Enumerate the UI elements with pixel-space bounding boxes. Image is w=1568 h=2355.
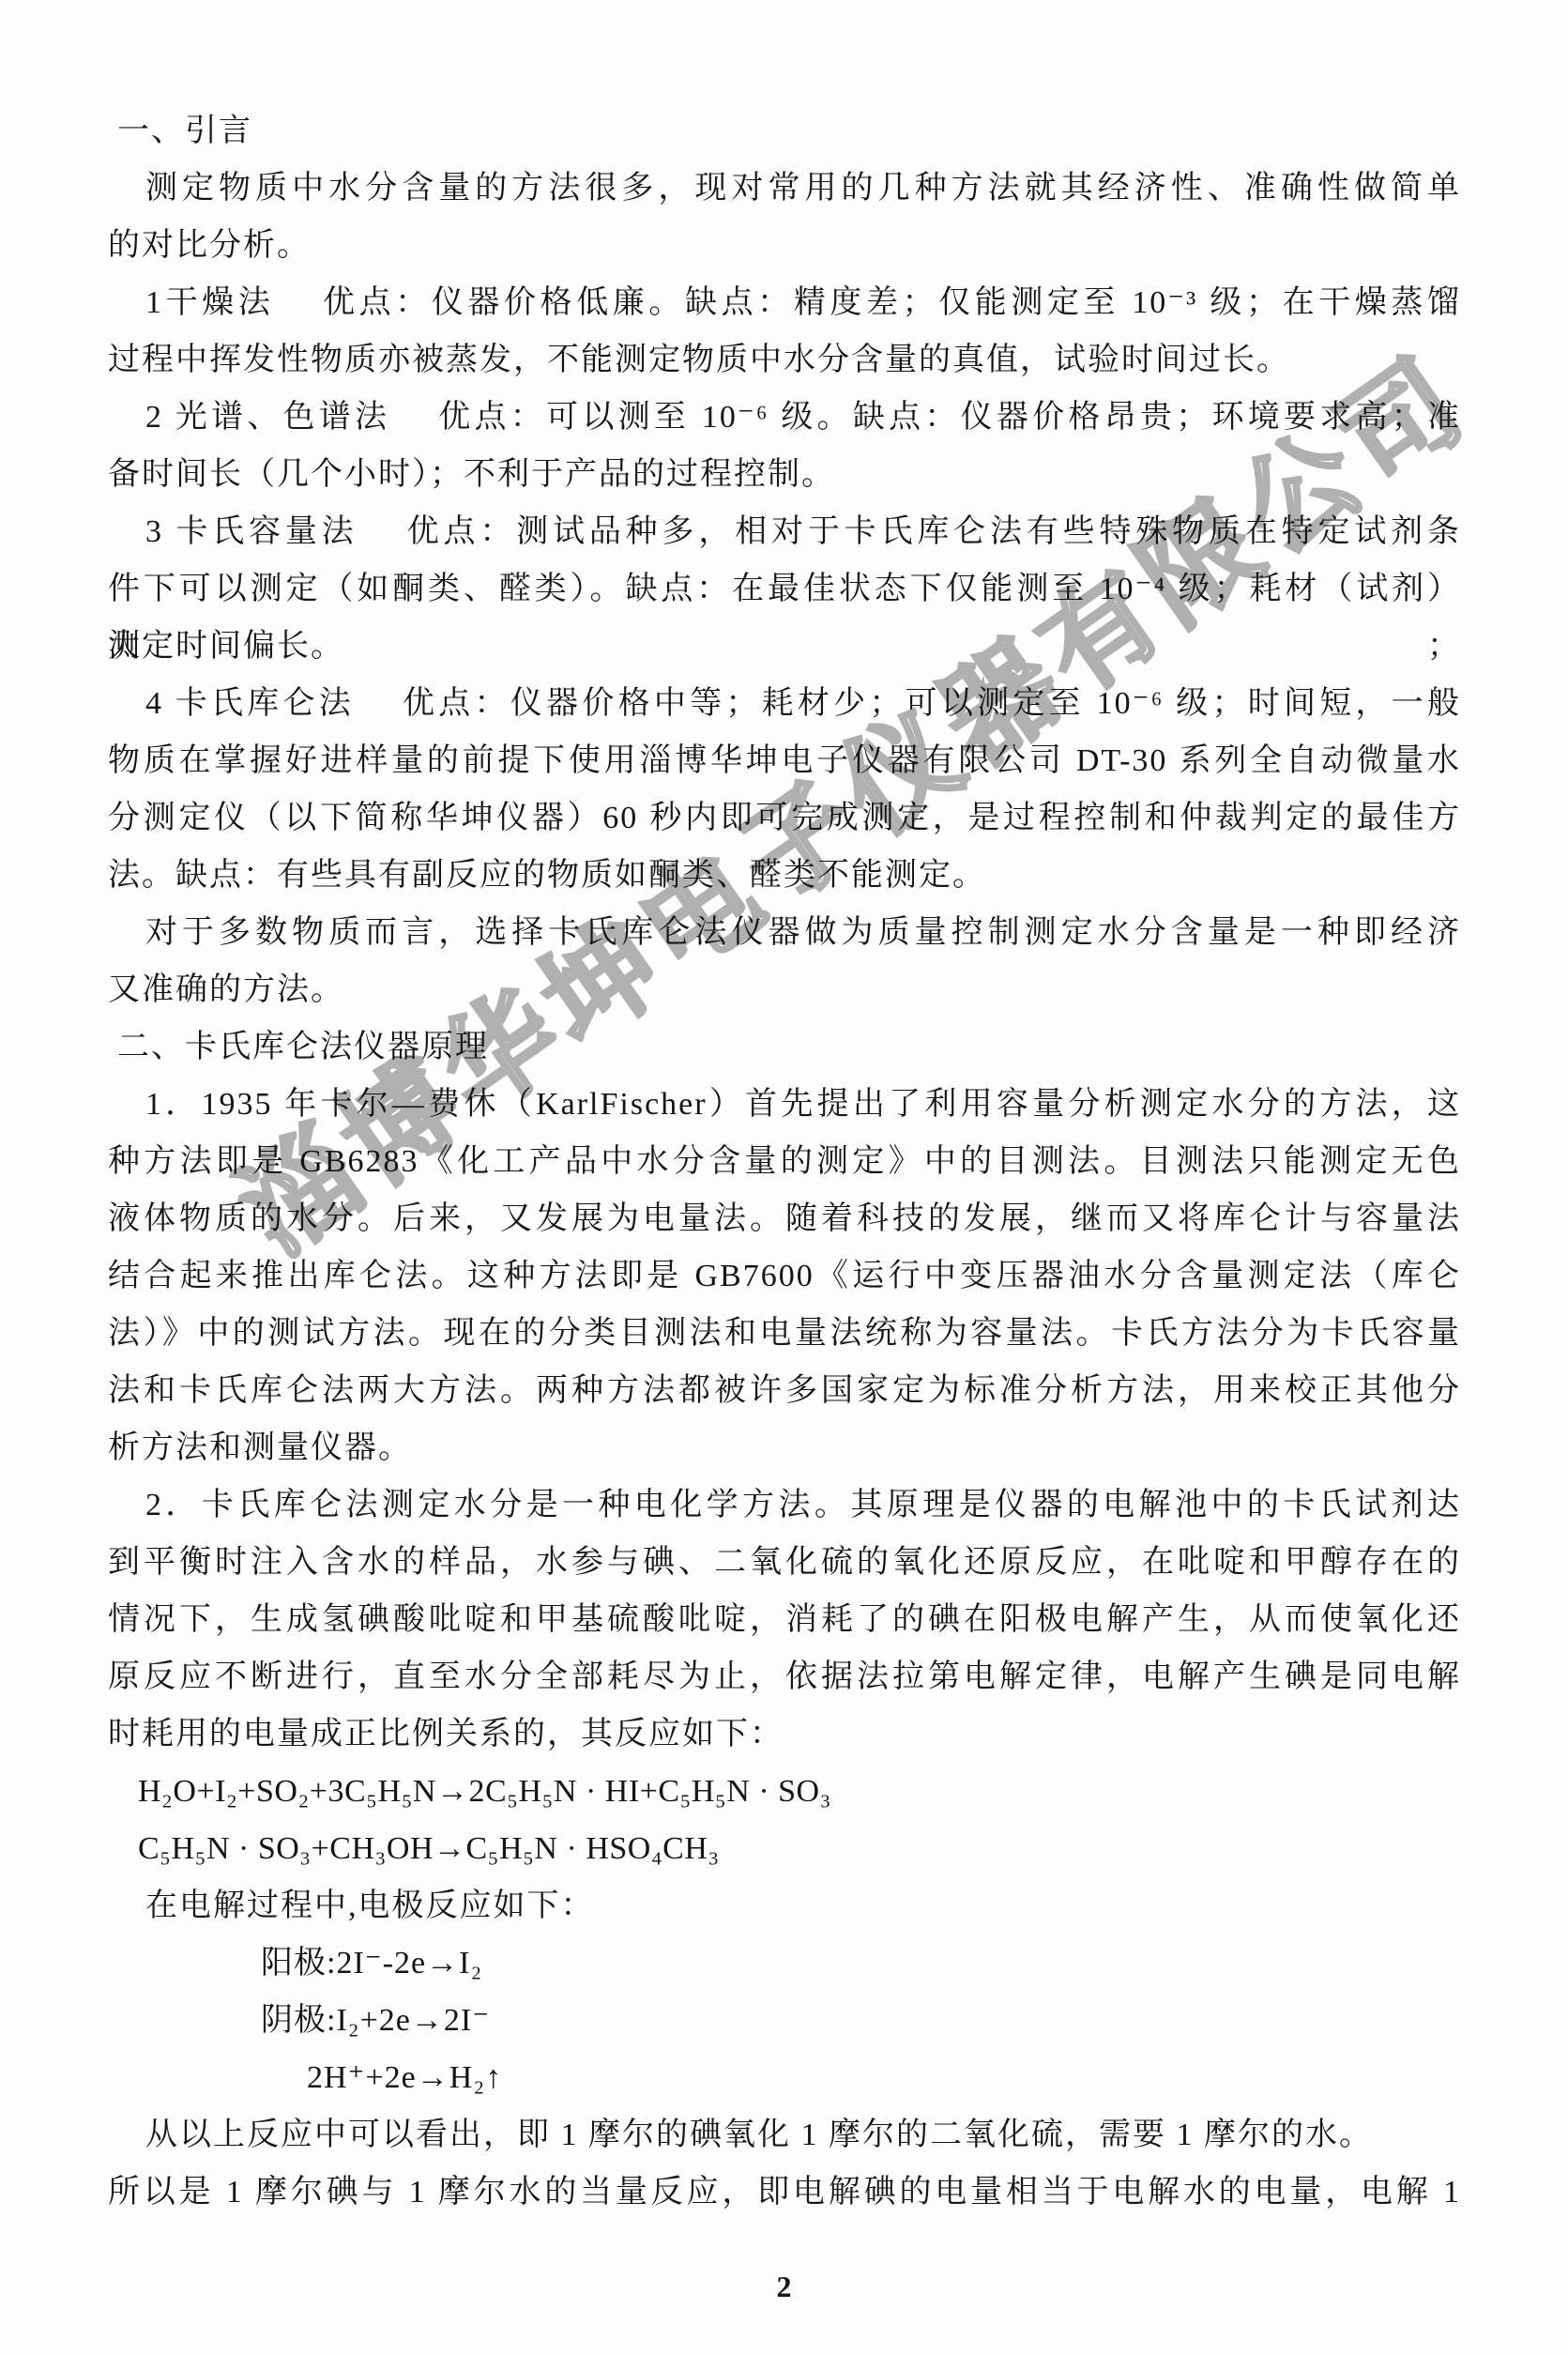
- text-line: 结合起来推出库仑法。这种方法即是 GB7600《运行中变压器油水分含量测定法（库…: [108, 1247, 1461, 1305]
- text-line: 备时间长（几个小时）；不利于产品的过程控制。: [108, 446, 1461, 503]
- text-line: 阳极:2I⁻-2e→I₂: [108, 1934, 1461, 1992]
- text-line: 到平衡时注入含水的样品，水参与碘、二氧化硫的氧化还原反应，在吡啶和甲醇存在的: [108, 1534, 1461, 1591]
- text-line: 法。缺点：有些具有副反应的物质如酮类、醛类不能测定。: [108, 847, 1461, 904]
- page-number: 2: [0, 2270, 1568, 2304]
- text-line: 情况下，生成氢碘酸吡啶和甲基硫酸吡啶，消耗了的碘在阳极电解产生，从而使氧化还: [108, 1591, 1461, 1648]
- text-line: 1．1935 年卡尔—费休（KarlFischer）首先提出了利用容量分析测定水…: [108, 1076, 1461, 1133]
- text-line: 一、引言: [108, 102, 1461, 160]
- text-line: 件下可以测定（如酮类、醛类）。缺点：在最佳状态下仅能测至 10⁻⁴ 级；耗材（试…: [108, 560, 1461, 618]
- text-line: 原反应不断进行，直至水分全部耗尽为止，依据法拉第电解定律，电解产生碘是同电解: [108, 1648, 1461, 1705]
- text-line: 种方法即是 GB6283《化工产品中水分含量的测定》中的目测法。目测法只能测定无…: [108, 1133, 1461, 1190]
- text-line: 二、卡氏库仑法仪器原理: [108, 1018, 1461, 1076]
- text-line: 在电解过程中,电极反应如下：: [108, 1877, 1461, 1934]
- text-line: 4 卡氏库仑法 优点：仪器价格中等；耗材少；可以测定至 10⁻⁶ 级；时间短，一…: [108, 675, 1461, 732]
- text-line: 分测定仪（以下简称华坤仪器）60 秒内即可完成测定，是过程控制和仲裁判定的最佳方: [108, 789, 1461, 847]
- text-line: 从以上反应中可以看出，即 1 摩尔的碘氧化 1 摩尔的二氧化硫，需要 1 摩尔的…: [108, 2106, 1461, 2164]
- text-line: 的对比分析。: [108, 217, 1461, 274]
- text-line: 又准确的方法。: [108, 961, 1461, 1018]
- text-line: 1干燥法 优点：仪器价格低廉。缺点：精度差；仅能测定至 10⁻³ 级；在干燥蒸馏: [108, 274, 1461, 331]
- text-line: 液体物质的水分。后来，又发展为电量法。随着科技的发展，继而又将库仑计与容量法: [108, 1190, 1461, 1247]
- text-line: 2 光谱、色谱法 优点：可以测至 10⁻⁶ 级。缺点：仪器价格昂贵；环境要求高；…: [108, 389, 1461, 446]
- text-line: 法和卡氏库仑法两大方法。两种方法都被许多国家定为标准分析方法，用来校正其他分: [108, 1362, 1461, 1419]
- text-line: 过程中挥发性物质亦被蒸发，不能测定物质中水分含量的真值，试验时间过长。: [108, 331, 1461, 389]
- text-line: 阴极:I₂+2e→2I⁻: [108, 1992, 1461, 2049]
- text-line: 2H⁺+2e→H₂↑: [108, 2049, 1461, 2106]
- text-line: 2．卡氏库仑法测定水分是一种电化学方法。其原理是仪器的电解池中的卡氏试剂达: [108, 1476, 1461, 1534]
- text-line: 3 卡氏容量法 优点：测试品种多，相对于卡氏库仑法有些特殊物质在特定试剂条: [108, 503, 1461, 560]
- text-line: 析方法和测量仪器。: [108, 1419, 1461, 1476]
- text-line: C₅H₅N · SO₃+CH₃OH→C₅H₅N · HSO₄CH₃: [108, 1820, 1461, 1877]
- document-page: 淄博华坤电子仪器有限公司 一、引言测定物质中水分含量的方法很多，现对常用的几种方…: [0, 0, 1568, 2355]
- text-line: 时耗用的电量成正比例关系的，其反应如下：: [108, 1705, 1461, 1763]
- document-lines: 一、引言测定物质中水分含量的方法很多，现对常用的几种方法就其经济性、准确性做简单…: [108, 102, 1461, 2221]
- text-line: H₂O+I₂+SO₂+3C₅H₅N→2C₅H₅N · HI+C₅H₅N · SO…: [108, 1763, 1461, 1820]
- text-line: 所以是 1 摩尔碘与 1 摩尔水的当量反应，即电解碘的电量相当于电解水的电量，电…: [108, 2164, 1461, 2221]
- text-line: 物质在掌握好进样量的前提下使用淄博华坤电子仪器有限公司 DT-30 系列全自动微…: [108, 732, 1461, 789]
- text-line: 测定物质中水分含量的方法很多，现对常用的几种方法就其经济性、准确性做简单: [108, 160, 1461, 217]
- text-line: 对于多数物质而言，选择卡氏库仑法仪器做为质量控制测定水分含量是一种即经济: [108, 904, 1461, 961]
- text-line: 法）》中的测试方法。现在的分类目测法和电量法统称为容量法。卡氏方法分为卡氏容量: [108, 1305, 1461, 1362]
